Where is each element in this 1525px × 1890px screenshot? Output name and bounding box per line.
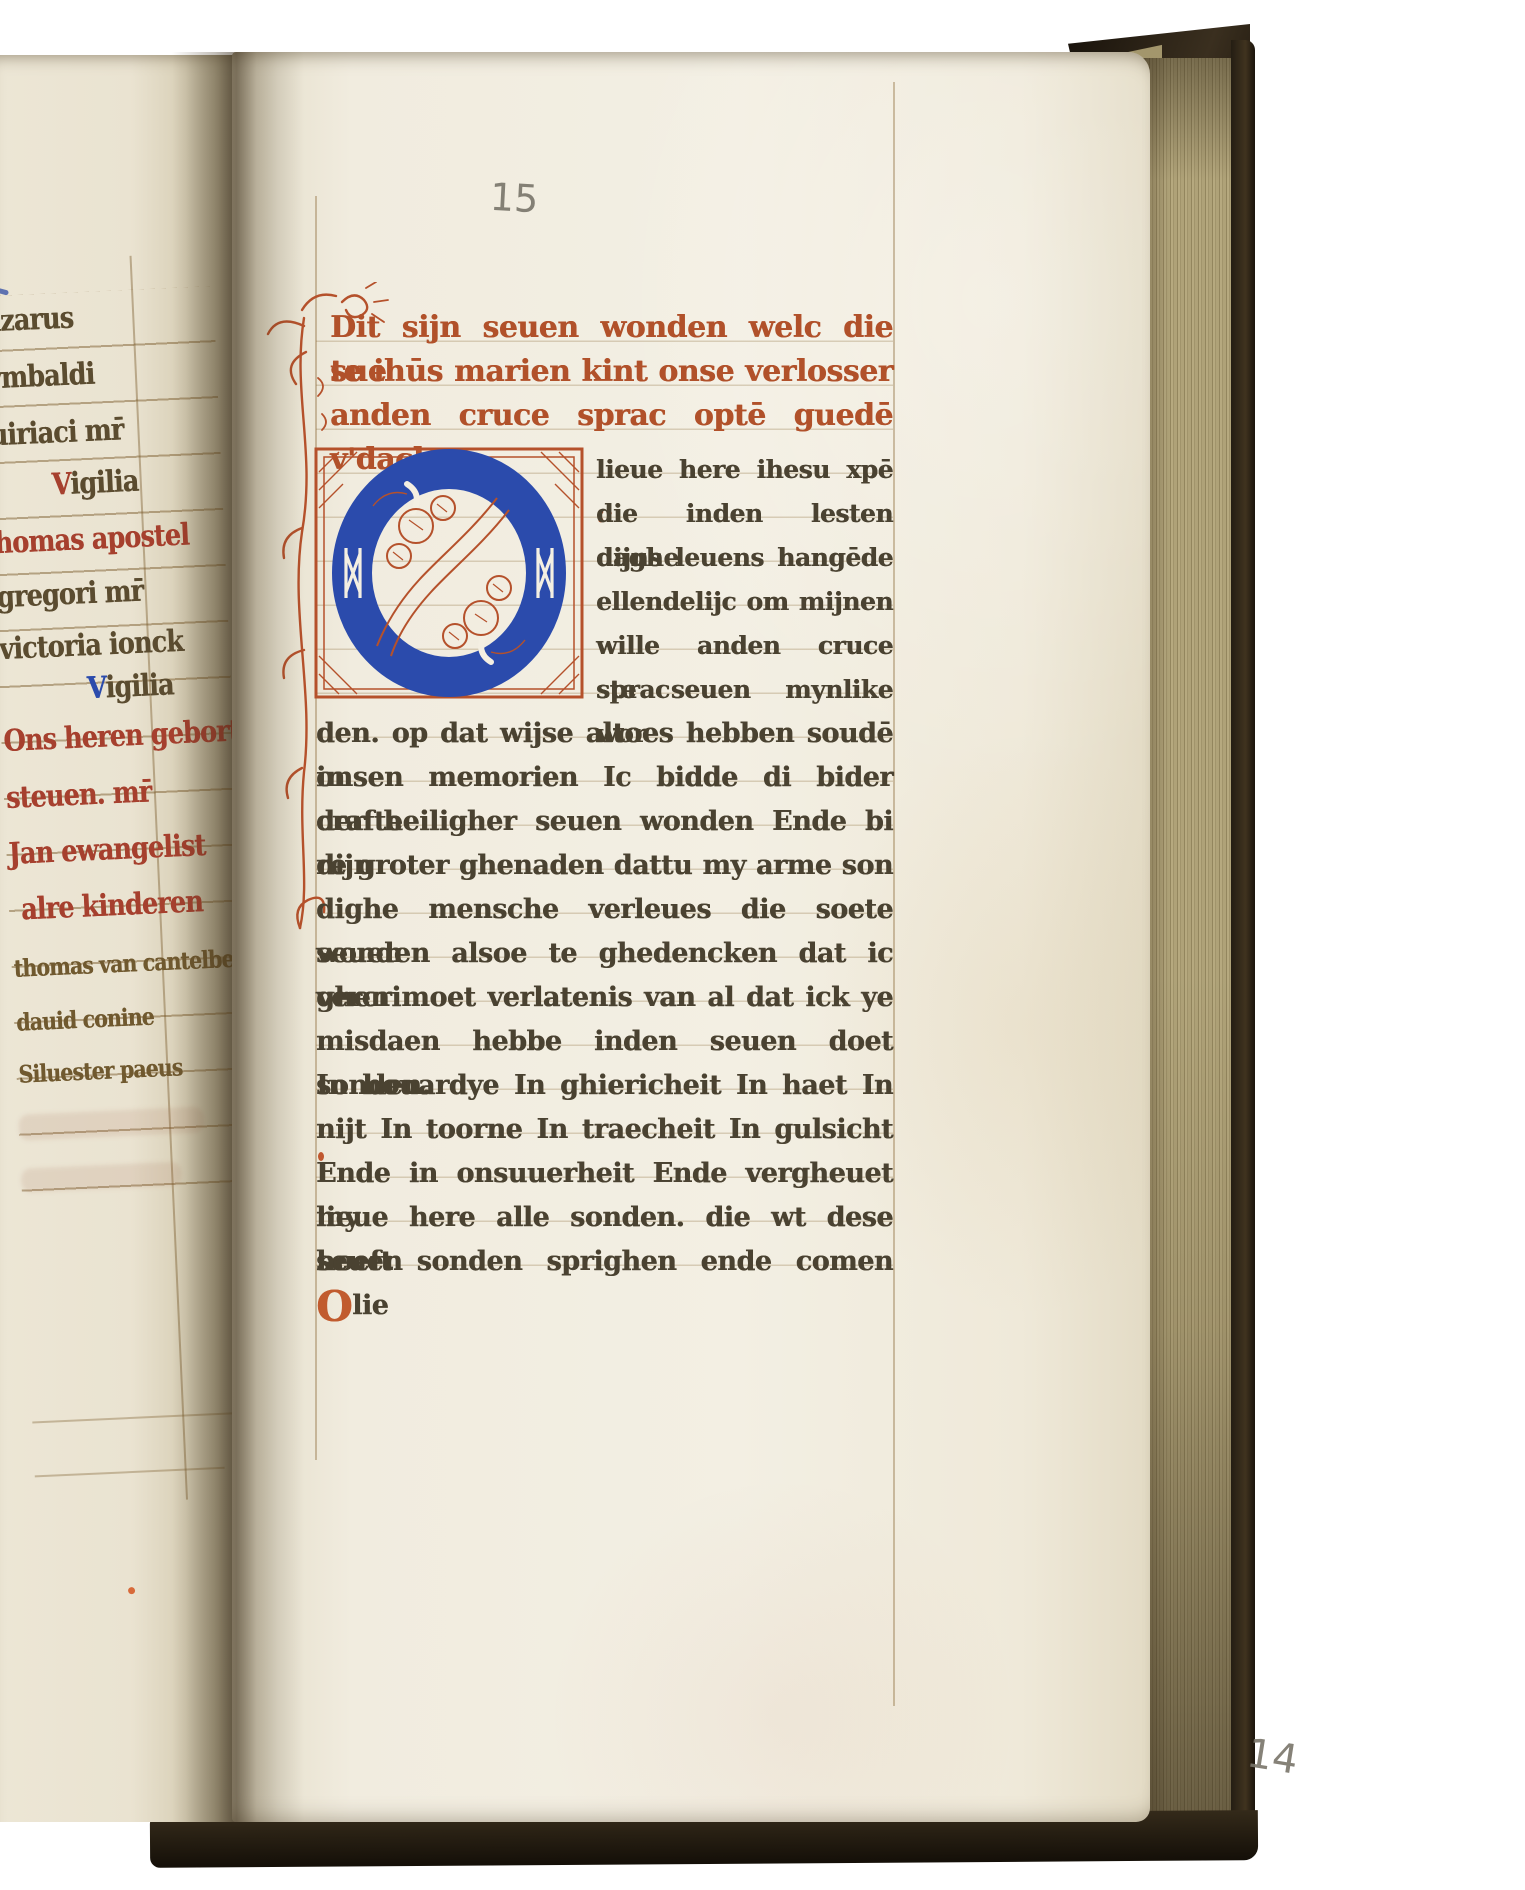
- red-initial: V: [51, 467, 71, 503]
- calendar-entry: uiriaci mr̄: [0, 410, 124, 456]
- calendar-entry: azarus: [0, 299, 74, 343]
- manuscript-photo: azarus vmbaldi uiriaci mr̄ Vigilia homas…: [0, 0, 1525, 1890]
- calendar-entry: gregori mr̄: [0, 572, 144, 619]
- text-line: den. op dat wijse altoes hebben soudē in: [316, 712, 893, 756]
- text-line: die inden lesten daghe: [596, 492, 893, 536]
- rubric-line: Dit sijn seuen wonden welc die sue: [330, 306, 893, 350]
- text-line: misdaen hebbe inden seuen doet sonden.: [316, 1020, 893, 1064]
- decorated-initial-o: [313, 446, 585, 704]
- folio-number-bottom: 14: [1244, 1730, 1301, 1783]
- orange-speck: [128, 1587, 135, 1594]
- left-page-content: azarus vmbaldi uiriaci mr̄ Vigilia homas…: [0, 55, 238, 1764]
- calendar-entry: Siluester paeus: [18, 1047, 183, 1094]
- left-page: azarus vmbaldi uiriaci mr̄ Vigilia homas…: [0, 55, 238, 1822]
- text-line: ste seuen mynlike wor: [596, 668, 893, 712]
- left-page-ruling-line: [35, 1467, 225, 1478]
- book-cover-right-edge: [1231, 40, 1255, 1840]
- text-line: ellendelijc om mijnen: [596, 580, 893, 624]
- text-line: dijns leuens hangēde: [596, 536, 893, 580]
- initial-o-drawing: [313, 446, 585, 700]
- calendar-entry: alre kinderen: [20, 882, 203, 930]
- text-line: dighe mensche verleues die soete seuen: [316, 888, 893, 932]
- text-line-last: hoeft sonden sprighen ende comen Olie: [316, 1240, 893, 1284]
- text-line: lieue here ihesu xpē :·: [596, 448, 893, 492]
- blue-initial: V: [86, 670, 106, 706]
- folio-number-top: 15: [489, 175, 540, 221]
- right-page: 15 Dit sijn seuen won: [232, 52, 1150, 1822]
- text-line: onsen memorien Ic bidde di bider crafte: [316, 756, 893, 800]
- calendar-entry: vmbaldi: [0, 355, 95, 400]
- left-page-ruling-line: [32, 1412, 237, 1423]
- calendar-entry-vigilia: Vigilia: [86, 665, 174, 709]
- calendar-entry: dauid conine: [15, 997, 154, 1043]
- ruling-line-right: [893, 82, 895, 1706]
- text-line: nijt In toorne In traecheit In gulsicht: [316, 1108, 893, 1152]
- rubric-line: te ihūs marien kint onse verlosser: [330, 350, 893, 394]
- text-line: Ende in onsuuerheit Ende vergheuet my: [316, 1152, 893, 1196]
- blue-ink-mark: [0, 283, 9, 295]
- text-line: re groter ghenaden dattu my arme son: [316, 844, 893, 888]
- text-line: wonden alsoe te ghedencken dat ic vercri: [316, 932, 893, 976]
- rubric-line: anden cruce sprac optē guedē v'dach: [330, 394, 893, 438]
- text-line: wille anden cruce sprac: [596, 624, 893, 668]
- red-initial-o: O: [316, 1282, 352, 1331]
- red-ink-speck: [318, 1152, 324, 1161]
- fore-edge-page-stack: [1143, 58, 1240, 1820]
- text-line: ghen moet verlatenis van al dat ick ye: [316, 976, 893, 1020]
- text-line: der heiligher seuen wonden Ende bi dijn: [316, 800, 893, 844]
- text-line: lieue here alle sonden. die wt dese seue…: [316, 1196, 893, 1240]
- calendar-entry: victoria ionck: [0, 622, 184, 670]
- text-line: In houardye In ghiericheit In haet In: [316, 1064, 893, 1108]
- calendar-entry: steuen. mr̄: [5, 772, 152, 819]
- calendar-entry-vigilia: Vigilia: [51, 462, 139, 506]
